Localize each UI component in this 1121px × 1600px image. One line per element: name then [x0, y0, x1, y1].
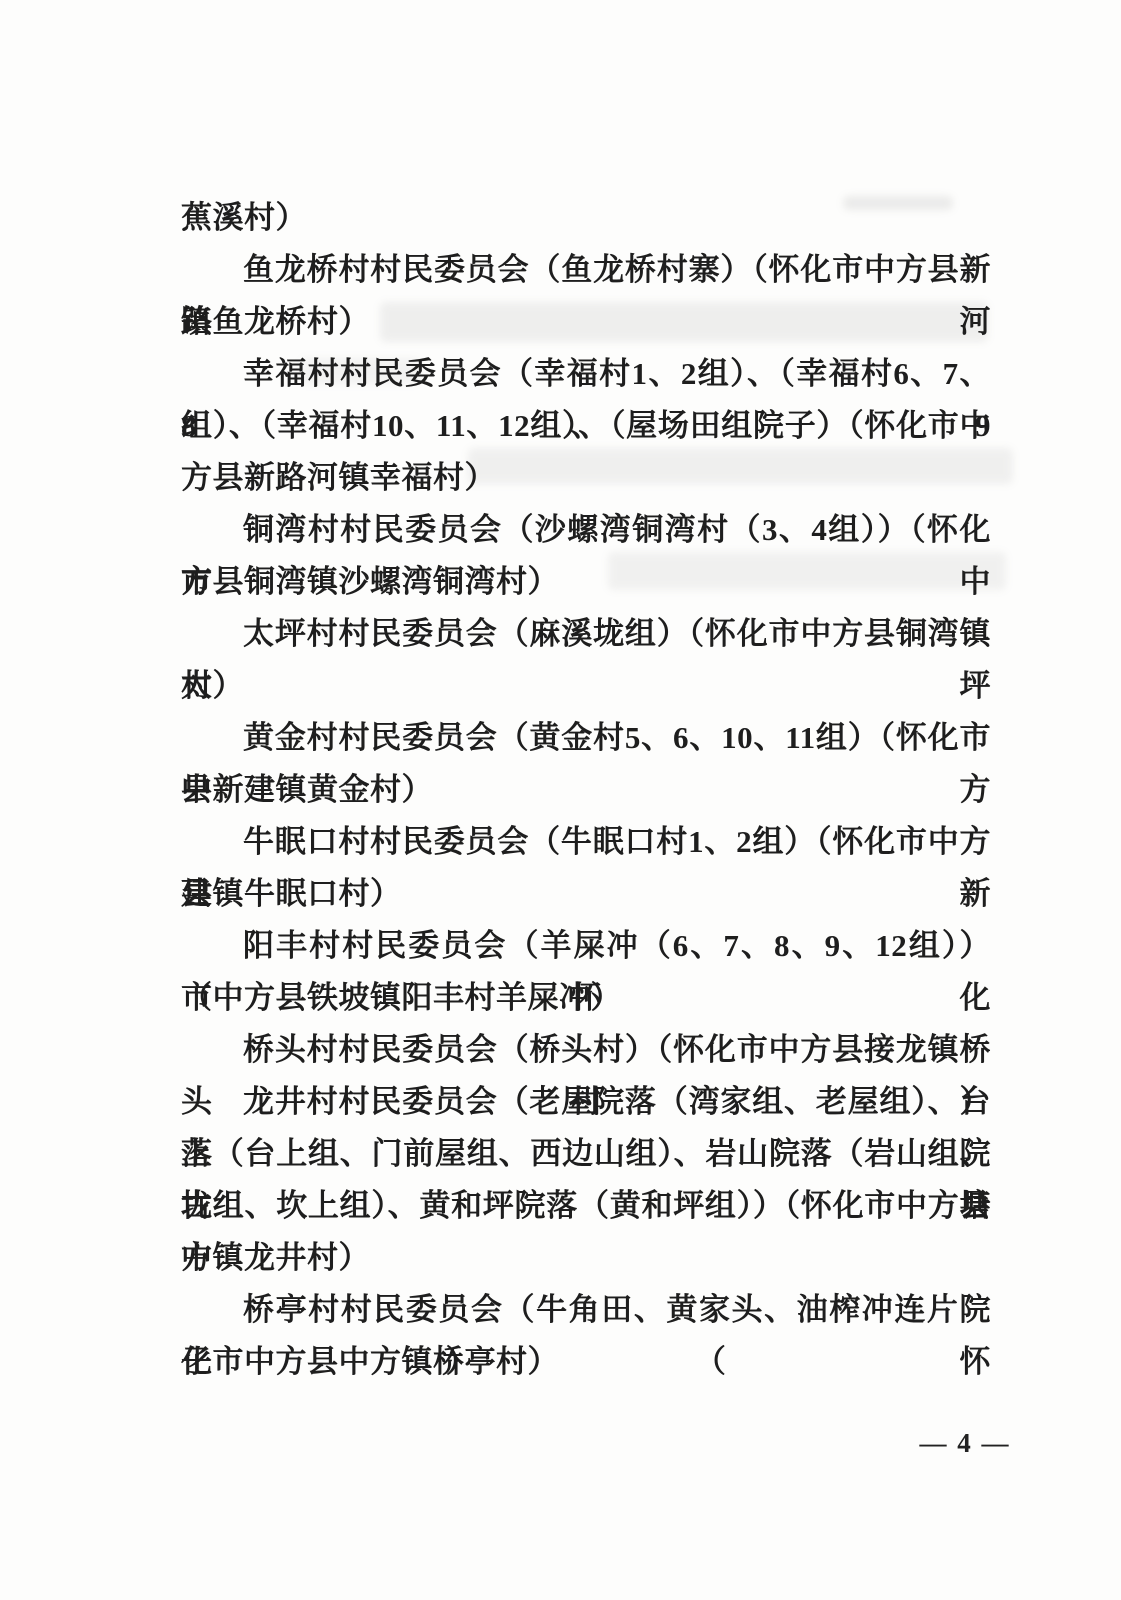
document-text-block: 蕉溪村）鱼龙桥村村民委员会（鱼龙桥村寨）（怀化市中方县新路河镇鱼龙桥村）幸福村村…: [181, 192, 991, 1388]
text-line: 垅组、坎上组）、黄和坪院落（黄和坪组））（怀化市中方县中: [181, 1180, 991, 1232]
text-line: 蕉溪村）: [181, 192, 991, 244]
text-line: 黄金村村民委员会（黄金村5、6、10、11组）（怀化市中方: [181, 712, 991, 764]
text-line: 阳丰村村民委员会（羊屎冲（6、7、8、9、12组））（怀化: [181, 920, 991, 972]
text-line: 龙井村村民委员会（老屋院落（湾家组、老屋组）、台上院: [181, 1076, 991, 1128]
text-line: 落（台上组、门前屋组、西边山组）、岩山院落（岩山组、古塘: [181, 1128, 991, 1180]
text-line: 牛眠口村村民委员会（牛眠口村1、2组）（怀化市中方县新: [181, 816, 991, 868]
text-line: 鱼龙桥村村民委员会（鱼龙桥村寨）（怀化市中方县新路河: [181, 244, 991, 296]
text-line: 方镇龙井村）: [181, 1232, 991, 1284]
text-line: 桥亭村村民委员会（牛角田、黄家头、油榨冲连片院子）（怀: [181, 1284, 991, 1336]
text-line: 方县新路河镇幸福村）: [181, 452, 991, 504]
page-number: — 4 —: [905, 1428, 1025, 1459]
text-line: 组）、（幸福村10、11、12组）、（屋场田组院子）（怀化市中: [181, 400, 991, 452]
text-line: 幸福村村民委员会（幸福村1、2组）、（幸福村6、7、8、9: [181, 348, 991, 400]
document-page: 蕉溪村）鱼龙桥村村民委员会（鱼龙桥村寨）（怀化市中方县新路河镇鱼龙桥村）幸福村村…: [0, 0, 1121, 1600]
text-line: 铜湾村村民委员会（沙螺湾铜湾村（3、4组））（怀化市中: [181, 504, 991, 556]
text-line: 桥头村村民委员会（桥头村）（怀化市中方县接龙镇桥头村）: [181, 1024, 991, 1076]
text-line: 太坪村村民委员会（麻溪垅组）（怀化市中方县铜湾镇太坪: [181, 608, 991, 660]
